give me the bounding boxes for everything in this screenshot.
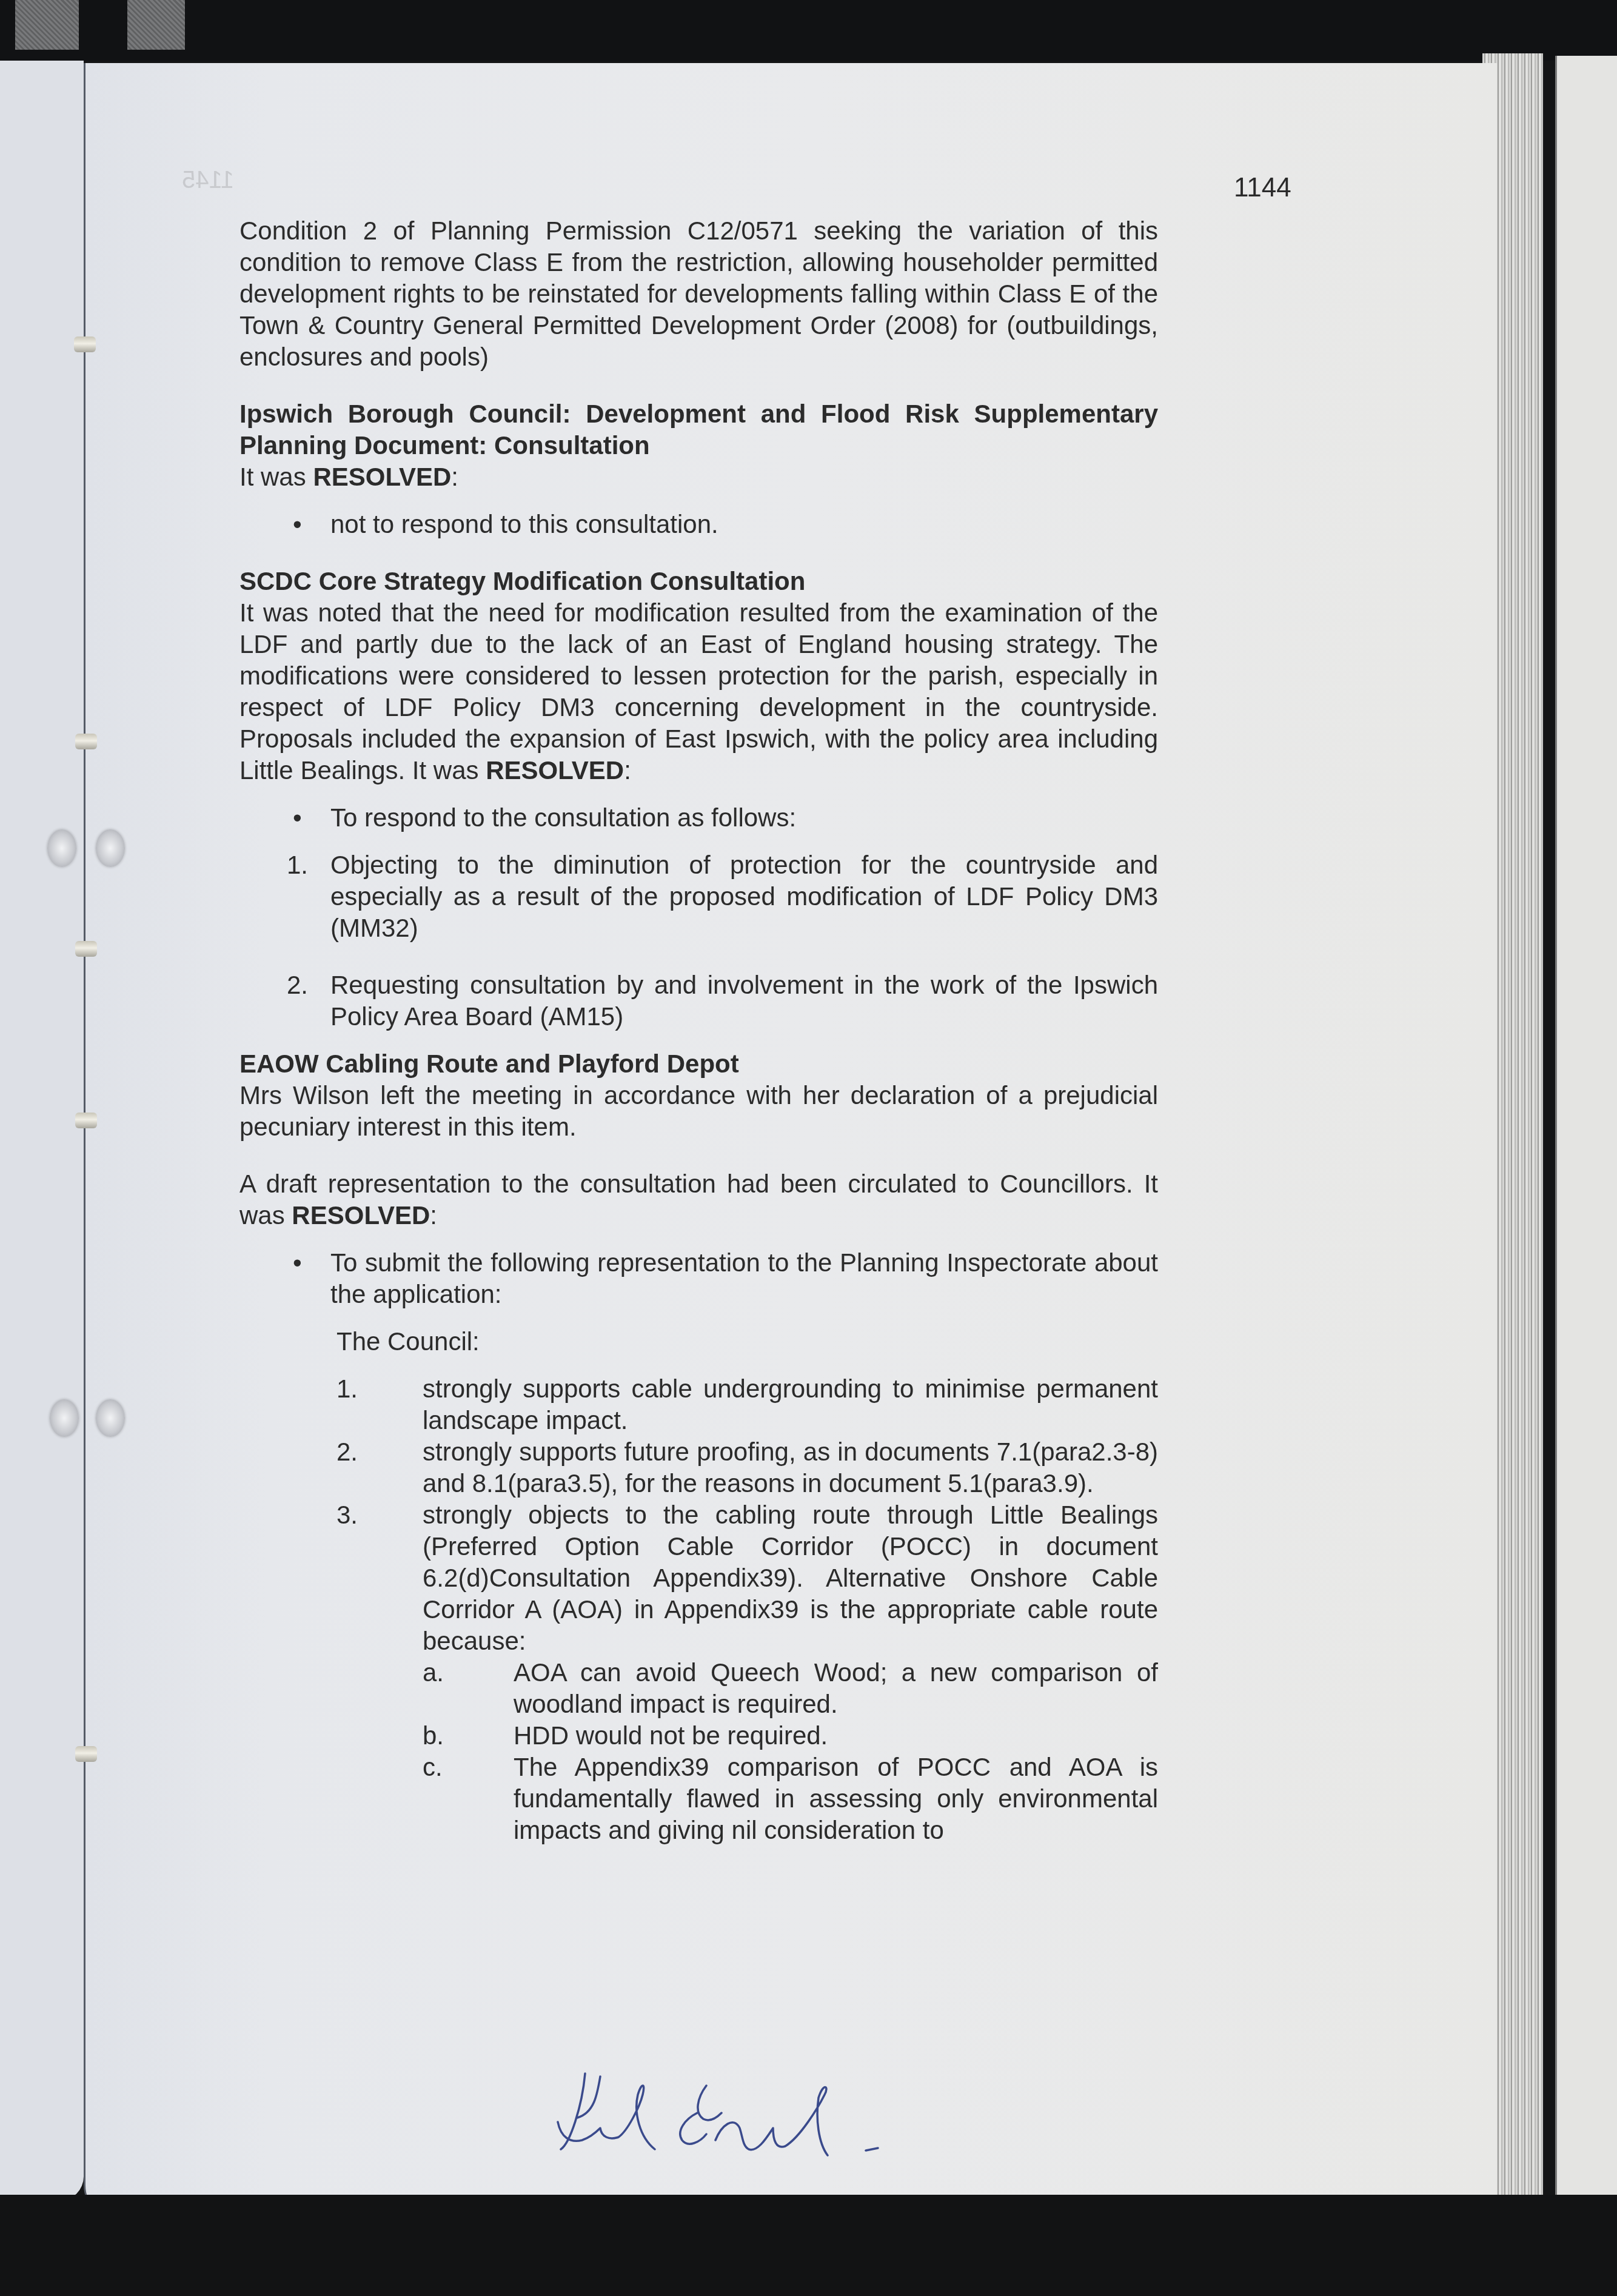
point-number: 1. xyxy=(336,1373,423,1436)
list-item: • not to respond to this consultation. xyxy=(293,509,1158,540)
bleed-through-page-number: 1145 xyxy=(182,167,234,194)
resolved-word: RESOLVED xyxy=(486,756,624,785)
resolved-word: RESOLVED xyxy=(313,463,451,491)
bottom-binding-edge xyxy=(0,2195,1617,2296)
sub-point: c. The Appendix39 comparison of POCC and… xyxy=(423,1752,1158,1846)
council-representation: The Council: 1. strongly supports cable … xyxy=(336,1326,1158,1846)
bullet-icon: • xyxy=(293,802,330,834)
top-binding-edge xyxy=(0,0,1617,61)
heading-eaow: EAOW Cabling Route and Playford Depot xyxy=(239,1048,1158,1080)
scdc-paragraph: It was noted that the need for modificat… xyxy=(239,597,1158,786)
binding-stud-icon xyxy=(75,1746,97,1762)
scdc-body-text: It was noted that the need for modificat… xyxy=(239,598,1158,785)
binding-stud-icon xyxy=(75,941,97,957)
sub-point-letter: b. xyxy=(423,1720,514,1752)
council-point: 1. strongly supports cable undergroundin… xyxy=(336,1373,1158,1436)
numbered-item: 1. Objecting to the diminution of protec… xyxy=(287,849,1158,944)
point-text: strongly objects to the cabling route th… xyxy=(423,1499,1158,1657)
binding-rivet-icon xyxy=(47,829,76,867)
resolved-prefix: It was xyxy=(239,463,313,491)
declaration-paragraph: Mrs Wilson left the meeting in accordanc… xyxy=(239,1080,1158,1143)
list-item-text: To respond to the consultation as follow… xyxy=(330,802,1158,834)
list-item-text: not to respond to this consultation. xyxy=(330,509,1158,540)
resolved-line: It was RESOLVED: xyxy=(239,461,1158,493)
binding-tab xyxy=(127,0,185,50)
point-number: 2. xyxy=(336,1436,423,1499)
heading-ipswich-text: Ipswich Borough Council: Development and… xyxy=(239,400,1158,460)
council-point: 3. strongly objects to the cabling route… xyxy=(336,1499,1158,1657)
item-text: Objecting to the diminution of protectio… xyxy=(330,849,1158,944)
resolved-word: RESOLVED xyxy=(292,1201,430,1230)
item-text: Requesting consultation by and involveme… xyxy=(330,969,1158,1033)
intro-paragraph: Condition 2 of Planning Permission C12/0… xyxy=(239,215,1158,373)
numbered-item: 2. Requesting consultation by and involv… xyxy=(287,969,1158,1033)
point-text: strongly supports cable undergrounding t… xyxy=(423,1373,1158,1436)
binding-tab xyxy=(15,0,79,50)
council-label: The Council: xyxy=(336,1326,1158,1357)
item-number: 2. xyxy=(287,969,330,1033)
sub-point-text: HDD would not be required. xyxy=(514,1720,1158,1752)
page-number: 1144 xyxy=(1234,173,1291,203)
sub-point-text: The Appendix39 comparison of POCC and AO… xyxy=(514,1752,1158,1846)
binding-rivet-icon xyxy=(96,829,125,867)
heading-scdc: SCDC Core Strategy Modification Consulta… xyxy=(239,566,1158,597)
resolved-suffix: : xyxy=(451,463,458,491)
bullet-icon: • xyxy=(293,509,330,540)
back-cover-page-edge xyxy=(1555,56,1617,2208)
sub-point: a. AOA can avoid Queech Wood; a new comp… xyxy=(423,1657,1158,1720)
resolved-suffix: : xyxy=(624,756,631,785)
sub-point-text: AOA can avoid Queech Wood; a new compari… xyxy=(514,1657,1158,1720)
binding-rivet-icon xyxy=(96,1399,125,1437)
resolved-suffix: : xyxy=(430,1201,437,1230)
list-item: • To submit the following representation… xyxy=(293,1247,1158,1310)
sub-point: b. HDD would not be required. xyxy=(423,1720,1158,1752)
list-item: • To respond to the consultation as foll… xyxy=(293,802,1158,834)
list-item-text: To submit the following representation t… xyxy=(330,1247,1158,1310)
signature-icon xyxy=(534,2070,1079,2167)
facing-page-edge xyxy=(0,61,84,2201)
sub-point-letter: c. xyxy=(423,1752,514,1846)
bullet-icon: • xyxy=(293,1247,330,1310)
heading-ipswich: Ipswich Borough Council: Development and… xyxy=(239,398,1158,461)
point-text: strongly supports future proofing, as in… xyxy=(423,1436,1158,1499)
minutes-body: Condition 2 of Planning Permission C12/0… xyxy=(239,215,1158,1846)
binding-rivet-icon xyxy=(50,1399,79,1437)
binding-stud-icon xyxy=(75,734,97,749)
council-point: 2. strongly supports future proofing, as… xyxy=(336,1436,1158,1499)
binding-stud-icon xyxy=(74,336,96,352)
point-number: 3. xyxy=(336,1499,423,1657)
item-number: 1. xyxy=(287,849,330,944)
sub-point-letter: a. xyxy=(423,1657,514,1720)
binding-stud-icon xyxy=(75,1113,97,1128)
draft-paragraph: A draft representation to the consultati… xyxy=(239,1168,1158,1231)
